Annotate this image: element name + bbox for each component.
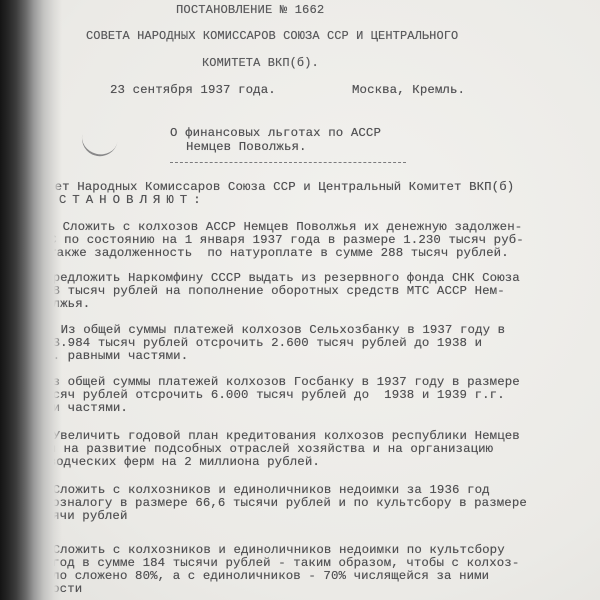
pen-mark — [78, 132, 118, 160]
issuer-line-1: СОВЕТА НАРОДНЫХ КОМИССАРОВ СОЮЗА ССР И Ц… — [86, 30, 458, 43]
resolution-number: ПОСТАНОВЛЕНИЕ № 1662 — [176, 4, 324, 17]
subject-line-2: Немцев Поволжья. — [186, 141, 307, 154]
subject-line-1: О финансовых льготах по АССР — [170, 127, 381, 140]
paragraph-3-line-3: г.г. равными частями. — [30, 350, 188, 363]
issuer-line-2: КОМИТЕТА ВКП(б). — [202, 57, 319, 70]
paragraph-2-line-3: оволжья. — [30, 298, 90, 311]
paragraph-4-line-3: ными частями. — [30, 402, 128, 415]
paragraph-5-line-3: тноводческих ферм на 2 миллиона рублей. — [26, 456, 320, 469]
paragraph-6-line-3: тысячи рублей — [22, 510, 128, 523]
subject-underline — [170, 162, 406, 163]
document-page: ПОСТАНОВЛЕНИЕ № 1662 СОВЕТА НАРОДНЫХ КОМ… — [0, 0, 600, 600]
paragraph-1-line-3: а также задолженность по натуроплате в с… — [34, 247, 509, 260]
document-date: 23 сентября 1937 года. — [110, 84, 276, 97]
paragraph-7-line-3: в было сложено 80%, а с единоличников - … — [22, 570, 489, 583]
preamble-line-2: ПОСТАНОВЛЯЮТ: — [32, 194, 207, 207]
document-place: Москва, Кремль. — [352, 84, 465, 97]
paragraph-7-line-4: женности — [22, 583, 82, 596]
paragraph-2-line-2: .518 тысяч рублей на пополнение оборотны… — [30, 285, 505, 298]
